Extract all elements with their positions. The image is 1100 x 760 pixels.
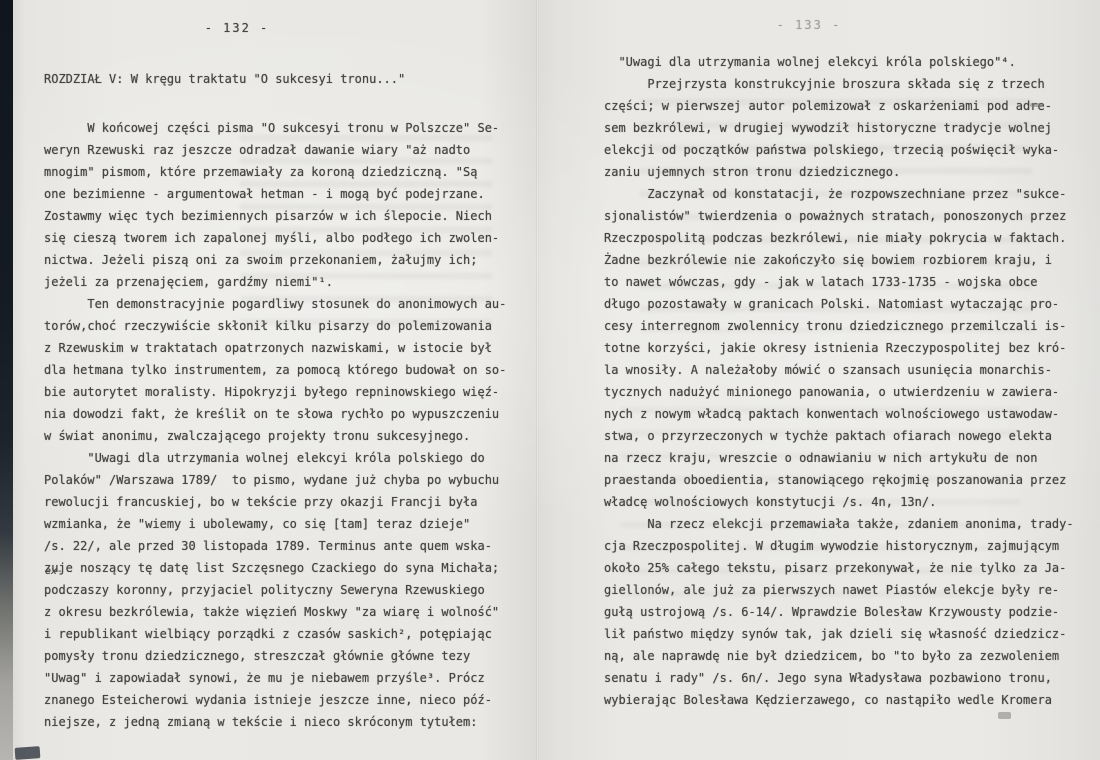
text-line: się cieszą tworem ich zapalonej myśli, a… [44, 227, 506, 249]
text-line: lił państwo między synów tak, jak dzieli… [604, 623, 1074, 645]
text-line: niejsze, z jedną zmianą w tekście i niec… [44, 711, 506, 733]
text-line: zuje noszący tę datę list Szczęsnego Cza… [44, 557, 506, 579]
text-line: władcę wolnościowych konstytucji /s. 4n,… [604, 491, 1074, 513]
page-gutter-crease [536, 0, 539, 760]
text-line: Na rzecz elekcji przemawiała także, zdan… [604, 513, 1074, 535]
text-line: gułą ustrojową /s. 6-14/. Wprawdzie Bole… [604, 601, 1074, 623]
text-line: jeżeli za przenajęciem, gardźmy niemi"¹. [44, 271, 506, 293]
text-line: zaniu ujemnych stron tronu dziedzicznego… [604, 161, 1074, 183]
page-number-right: - 133 - [604, 14, 1014, 36]
text-line: cesy interregnom zwolennicy tronu dziedz… [604, 315, 1074, 337]
text-line: Ten demonstracyjnie pogardliwy stosunek … [44, 293, 506, 315]
text-line: elekcji od początków państwa polskiego, … [604, 139, 1074, 161]
page-132: - 132 - ROZDZIAŁ V: W kręgu traktatu "O … [44, 0, 510, 760]
text-line: W końcowej części pisma "O sukcesyi tron… [44, 117, 506, 139]
text-line: sjonalistów" twierdzenia o poważnych str… [604, 205, 1074, 227]
text-line: około 25% całego tekstu, pisarz przekony… [604, 557, 1074, 579]
text-line: Zostawmy więc tych bezimiennych pisarzów… [44, 205, 506, 227]
text-line: senatu i rady" /s. 6n/. Jego syna Władys… [604, 667, 1074, 689]
text-line: i republikant wielbiący porządki z czasó… [44, 623, 506, 645]
text-line: praestanda oboedientia, stanowiącego ręk… [604, 469, 1074, 491]
text-line: Przejrzysta konstrukcyjnie broszura skła… [604, 73, 1074, 95]
text-line: stwa, o przyrzeczonych w tychże paktach … [604, 425, 1074, 447]
text-line: podczaszy koronny, przyjaciel polityczny… [44, 579, 506, 601]
text-line: one bezimienne - argumentował hetman - i… [44, 183, 506, 205]
text-line: w świat anonimu, zwalczającego projekty … [44, 425, 506, 447]
text-line: pomysły tronu dziedzicznego, streszczał … [44, 645, 506, 667]
text-line: nych z nowym władcą paktach konwentach w… [604, 403, 1074, 425]
text-line: części; w pierwszej autor polemizował z … [604, 95, 1074, 117]
text-line: z Rzewuskim w traktatach opatrzonych naz… [44, 337, 506, 359]
text-line: torów,choć rzeczywiście skłonił kilku pi… [44, 315, 506, 337]
text-line: la wnosiły. A należałoby mówić o szansac… [604, 359, 1074, 381]
text-line: wybierając Bolesława Kędzierzawego, co n… [604, 689, 1074, 711]
text-line: tycznych nadużyć minionego panowania, o … [604, 381, 1074, 403]
text-line: giellonów, ale już za pierwszych nawet P… [604, 579, 1074, 601]
text-line: Zaczynał od konstatacji, że rozpowszechn… [604, 183, 1074, 205]
text-line: "Uwagi dla utrzymania wolnej elekcyi kró… [44, 447, 506, 469]
typed-insertion-ex: ex- [45, 566, 63, 577]
text-line: znanego Esteicherowi wydania istnieje je… [44, 689, 506, 711]
text-line: "Uwag" i zapowiadał synowi, że mu je nie… [44, 667, 506, 689]
text-line: dla hetmana tylko instrumentem, za pomoc… [44, 359, 506, 381]
text-line: długo pozostawały w granicach Polski. Na… [604, 293, 1074, 315]
text-line: mnogim" pismom, które przemawiały za kor… [44, 161, 506, 183]
chapter-heading: ROZDZIAŁ V: W kręgu traktatu "O sukcesyi… [44, 68, 405, 90]
text-line: totne korzyści, jakie okresy istnienia R… [604, 337, 1074, 359]
text-line: z okresu bezkrólewia, także więzień Mosk… [44, 601, 506, 623]
text-line: wzmianka, że "wiemy i ubolewamy, co się … [44, 513, 506, 535]
scan-artifact-speck [15, 746, 41, 760]
text-line: bie autorytet moralisty. Hipokryzji byłe… [44, 381, 506, 403]
text-line: nictwa. Jeżeli piszą oni za swoim przeko… [44, 249, 506, 271]
page-132-body: W końcowej części pisma "O sukcesyi tron… [44, 117, 506, 733]
text-line: rewolucji francuskiej, bo w tekście przy… [44, 491, 506, 513]
text-line: /s. 22/, ale przed 30 listopada 1789. Te… [44, 535, 506, 557]
text-line: cja Rzeczpospolitej. W długim wywodzie h… [604, 535, 1074, 557]
text-line: Polaków" /Warszawa 1789/ to pismo, wydan… [44, 469, 506, 491]
text-line: weryn Rzewuski raz jeszcze odradzał dawa… [44, 139, 506, 161]
binding-edge [0, 0, 13, 760]
text-line: Żadne bezkrólewie nie zakończyło się bow… [604, 249, 1074, 271]
text-line: na rzecz kraju, wreszcie o odnawianiu w … [604, 447, 1074, 469]
page-133: - 133 - "Uwagi dla utrzymania wolnej ele… [604, 0, 1070, 760]
text-line: ną, ale naprawdę nie był dziedzicem, bo … [604, 645, 1074, 667]
text-line: sem bezkrólewi, w drugiej wywodził histo… [604, 117, 1074, 139]
text-line: "Uwagi dla utrzymania wolnej elekcyi kró… [604, 51, 1074, 73]
text-line: to nawet wówczas, gdy - jak w latach 173… [604, 271, 1074, 293]
page-133-body: "Uwagi dla utrzymania wolnej elekcyi kró… [604, 51, 1074, 711]
text-line: Rzeczpospolitą podczas bezkrólewi, nie m… [604, 227, 1074, 249]
scanned-book-spread: - 132 - ROZDZIAŁ V: W kręgu traktatu "O … [0, 0, 1100, 760]
page-number-left: - 132 - [44, 17, 430, 39]
text-line: nia dowodzi fakt, że kreślił on te słowa… [44, 403, 506, 425]
